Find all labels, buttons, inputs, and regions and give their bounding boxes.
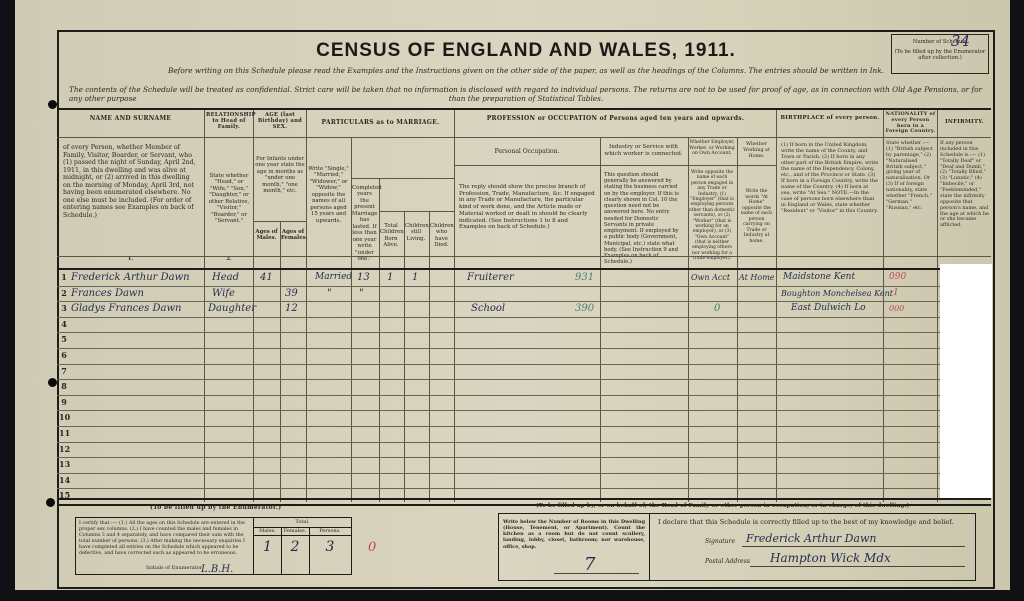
- marital-status: Married: [315, 270, 352, 286]
- children-living-header: Children still Living.: [404, 222, 428, 243]
- table-row: 3 Gladys Frances Dawn Daughter 12 School…: [57, 301, 991, 318]
- marriage-years-description: Completed years the present Marriage has…: [351, 184, 378, 264]
- children-living: 1: [412, 270, 418, 286]
- row-number: 14: [59, 473, 69, 489]
- table-row: 9: [57, 395, 991, 412]
- occupation-code: 390: [575, 301, 594, 317]
- ages-males-header: Ages of Males.: [254, 228, 279, 243]
- row-number: 3: [59, 301, 69, 317]
- column-description: State whether "Head," or "Wife," "Son," …: [205, 172, 253, 226]
- row-number: 1: [59, 270, 69, 286]
- occupation: Fruiterer: [467, 270, 514, 286]
- marriage-years: ": [359, 286, 364, 302]
- schedule-number: 34: [951, 32, 970, 50]
- employment-status: Own Acct: [691, 270, 730, 286]
- row-number: 8: [59, 379, 69, 395]
- redacted-area: [940, 264, 992, 498]
- punch-hole: [48, 100, 57, 109]
- column-header: NATIONALITY of every Person born in a Fo…: [884, 111, 937, 136]
- children-born: 1: [387, 270, 393, 286]
- relationship: Daughter: [208, 301, 256, 317]
- row-number: 2: [59, 286, 69, 302]
- marital-status: ": [327, 286, 332, 302]
- instruction-line: Before writing on this Schedule please r…: [59, 66, 993, 75]
- row-number: 5: [59, 332, 69, 348]
- employment-status: 0: [714, 301, 720, 317]
- table-row: 5: [57, 332, 991, 349]
- at-home-description: Write the words "At Home" opposite the n…: [737, 188, 776, 245]
- column-description: If any person included in this Schedule …: [938, 140, 991, 230]
- column-description: For Infants under one year state the age…: [254, 155, 306, 196]
- nationality-code: 1: [893, 286, 899, 302]
- nationality-code: 000: [889, 301, 904, 317]
- employer-header: Whether Employer, Worker, or Working on …: [688, 139, 736, 158]
- occupation-code: 931: [575, 270, 594, 286]
- table-row: 8: [57, 379, 991, 396]
- column-header: PROFESSION or OCCUPATION of Persons aged…: [455, 114, 776, 123]
- children-born-header: Total Children Born Alive.: [379, 222, 403, 250]
- table-row: 11: [57, 426, 991, 443]
- column-description: of every Person, whether Member of Famil…: [57, 142, 204, 221]
- column-header: NAME AND SURNAME: [57, 114, 204, 123]
- footer-divider: [57, 498, 991, 587]
- table-row: 14: [57, 473, 991, 490]
- children-died-header: Children who have Died.: [429, 222, 454, 250]
- confidential-line-2: than the preparation of Statistical Tabl…: [59, 94, 993, 103]
- row-number: 9: [59, 395, 69, 411]
- working-at-home: At Home: [739, 270, 775, 286]
- household-rows: 1 Frederick Arthur Dawn Head 41 Married …: [57, 268, 991, 504]
- table-row: 7: [57, 364, 991, 381]
- column-description: Write "Single," "Married," "Widower," or…: [307, 165, 350, 225]
- person-name: Gladys Frances Dawn: [71, 301, 181, 317]
- table-row: 12: [57, 442, 991, 459]
- table-row: 4: [57, 317, 991, 334]
- row-number: 4: [59, 317, 69, 333]
- schedule-note: (To be filled up by the Enumerator after…: [892, 49, 988, 61]
- table-row: 2 Frances Dawn Wife 39 " " Boughton Monc…: [57, 286, 991, 303]
- personal-occupation-header: Personal Occupation.: [455, 147, 599, 156]
- birthplace: Maidstone Kent: [783, 270, 855, 286]
- column-header: RELATIONSHIP to Head of Family.: [205, 111, 253, 132]
- punch-hole: [48, 378, 57, 387]
- birthplace: East Dulwich Lo: [791, 301, 866, 317]
- column-header: AGE (last Birthday) and SEX.: [254, 111, 306, 132]
- at-home-header: Whether Working at Home.: [737, 141, 776, 160]
- row-number: 6: [59, 348, 69, 364]
- person-name: Frances Dawn: [71, 286, 144, 302]
- table-row: 13: [57, 457, 991, 474]
- row-number: 12: [59, 442, 69, 458]
- relationship: Head: [212, 270, 239, 286]
- industry-header: Industry or Service with which worker is…: [600, 143, 687, 158]
- punch-hole: [46, 498, 55, 507]
- column-description: (1) If born in the United Kingdom, write…: [777, 140, 883, 216]
- column-header: BIRTHPLACE of every person.: [777, 114, 883, 122]
- column-description: State whether :— (1) "British subject by…: [884, 140, 937, 213]
- schedule-number-box: Number of Schedule 34 (To be filled up b…: [891, 34, 989, 74]
- household-table: NAME AND SURNAME of every Person, whethe…: [57, 108, 991, 502]
- row-number: 7: [59, 364, 69, 380]
- occupation: School: [471, 301, 505, 317]
- person-name: Frederick Arthur Dawn: [71, 270, 190, 286]
- marriage-years: 13: [357, 270, 370, 286]
- age-male: 41: [260, 270, 273, 286]
- employer-description: Write opposite the name of each person e…: [688, 169, 736, 263]
- occupation-description: The reply should show the precise branch…: [455, 182, 599, 233]
- table-row: 6: [57, 348, 991, 365]
- birthplace: Boughton Monchelsea Kent: [781, 286, 893, 302]
- table-row: 10: [57, 410, 991, 427]
- row-number: 11: [59, 426, 69, 442]
- column-header: INFIRMITY.: [938, 118, 991, 126]
- age-female: 39: [285, 286, 298, 302]
- row-number: 13: [59, 457, 69, 473]
- nationality-code: 090: [889, 270, 906, 286]
- industry-description: This question should generally be answer…: [600, 170, 687, 268]
- form-title: CENSUS OF ENGLAND AND WALES, 1911.: [59, 40, 993, 62]
- column-header: PARTICULARS as to MARRIAGE.: [307, 118, 454, 127]
- row-number: 10: [59, 410, 69, 426]
- relationship: Wife: [212, 286, 235, 302]
- table-row: 1 Frederick Arthur Dawn Head 41 Married …: [57, 270, 991, 287]
- age-female: 12: [285, 301, 298, 317]
- ages-females-header: Ages of Females.: [280, 228, 306, 243]
